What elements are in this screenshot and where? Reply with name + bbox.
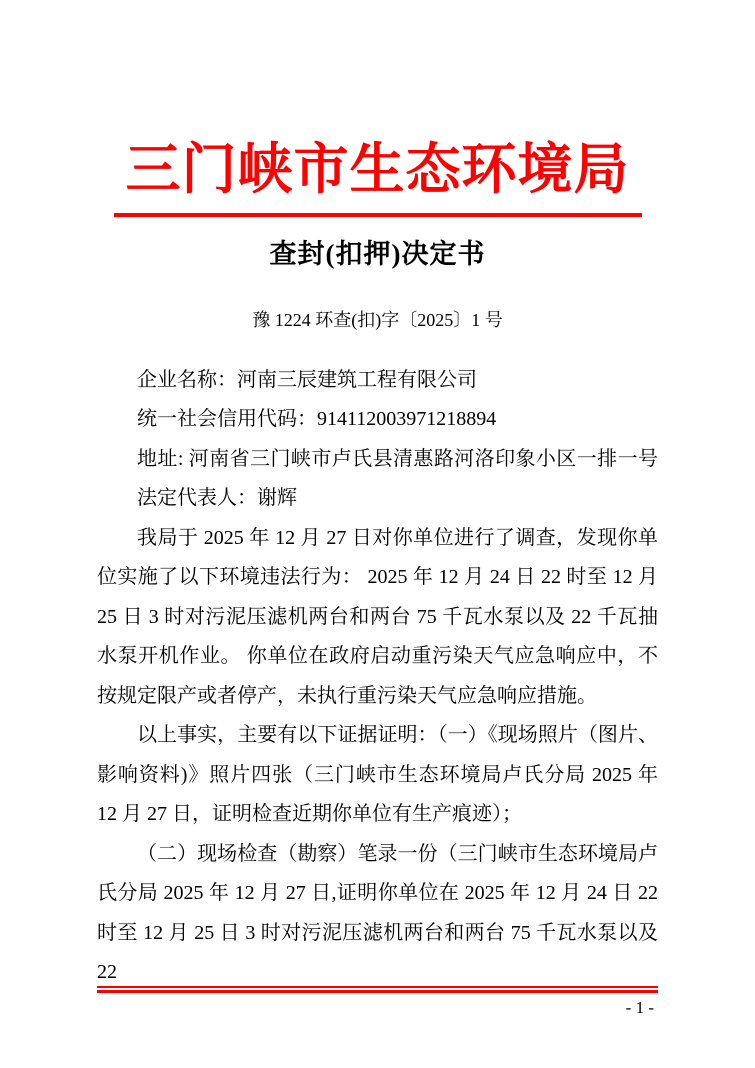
paragraph-evidence-item-2: （二）现场检查（勘察）笔录一份（三门峡市生态环境局卢氏分局 2025 年 12 … — [97, 835, 658, 993]
header-divider — [114, 213, 642, 217]
document-number: 豫 1224 环查(扣)字〔2025〕1 号 — [0, 309, 755, 332]
agency-name: 三门峡市生态环境局 — [0, 138, 755, 201]
page-footer: - 1 - — [97, 986, 658, 1018]
document-body: 企业名称：河南三辰建筑工程有限公司 统一社会信用代码：9141120039712… — [97, 361, 658, 993]
footer-rule-thin — [97, 986, 658, 988]
document-page: 三门峡市生态环境局 查封(扣押)决定书 豫 1224 环查(扣)字〔2025〕1… — [0, 0, 755, 1068]
document-header: 三门峡市生态环境局 — [0, 0, 755, 217]
page-number: - 1 - — [97, 998, 658, 1018]
document-title: 查封(扣押)决定书 — [0, 237, 755, 272]
document-main: 查封(扣押)决定书 豫 1224 环查(扣)字〔2025〕1 号 企业名称：河南… — [0, 237, 755, 992]
paragraph-evidence-item-1: 以上事实，主要有以下证据证明：（一）《现场照片（图片、影响资料)》照片四张（三门… — [97, 716, 658, 835]
info-line-company-name: 企业名称：河南三辰建筑工程有限公司 — [97, 361, 658, 401]
info-line-address: 地址: 河南省三门峡市卢氏县清惠路河洛印象小区一排一号 — [97, 440, 658, 480]
footer-rule-thick — [97, 990, 658, 993]
info-line-legal-representative: 法定代表人：谢辉 — [97, 479, 658, 519]
info-line-credit-code: 统一社会信用代码：914112003971218894 — [97, 400, 658, 440]
paragraph-investigation-findings: 我局于 2025 年 12 月 27 日对你单位进行了调查，发现你单位实施了以下… — [97, 519, 658, 717]
